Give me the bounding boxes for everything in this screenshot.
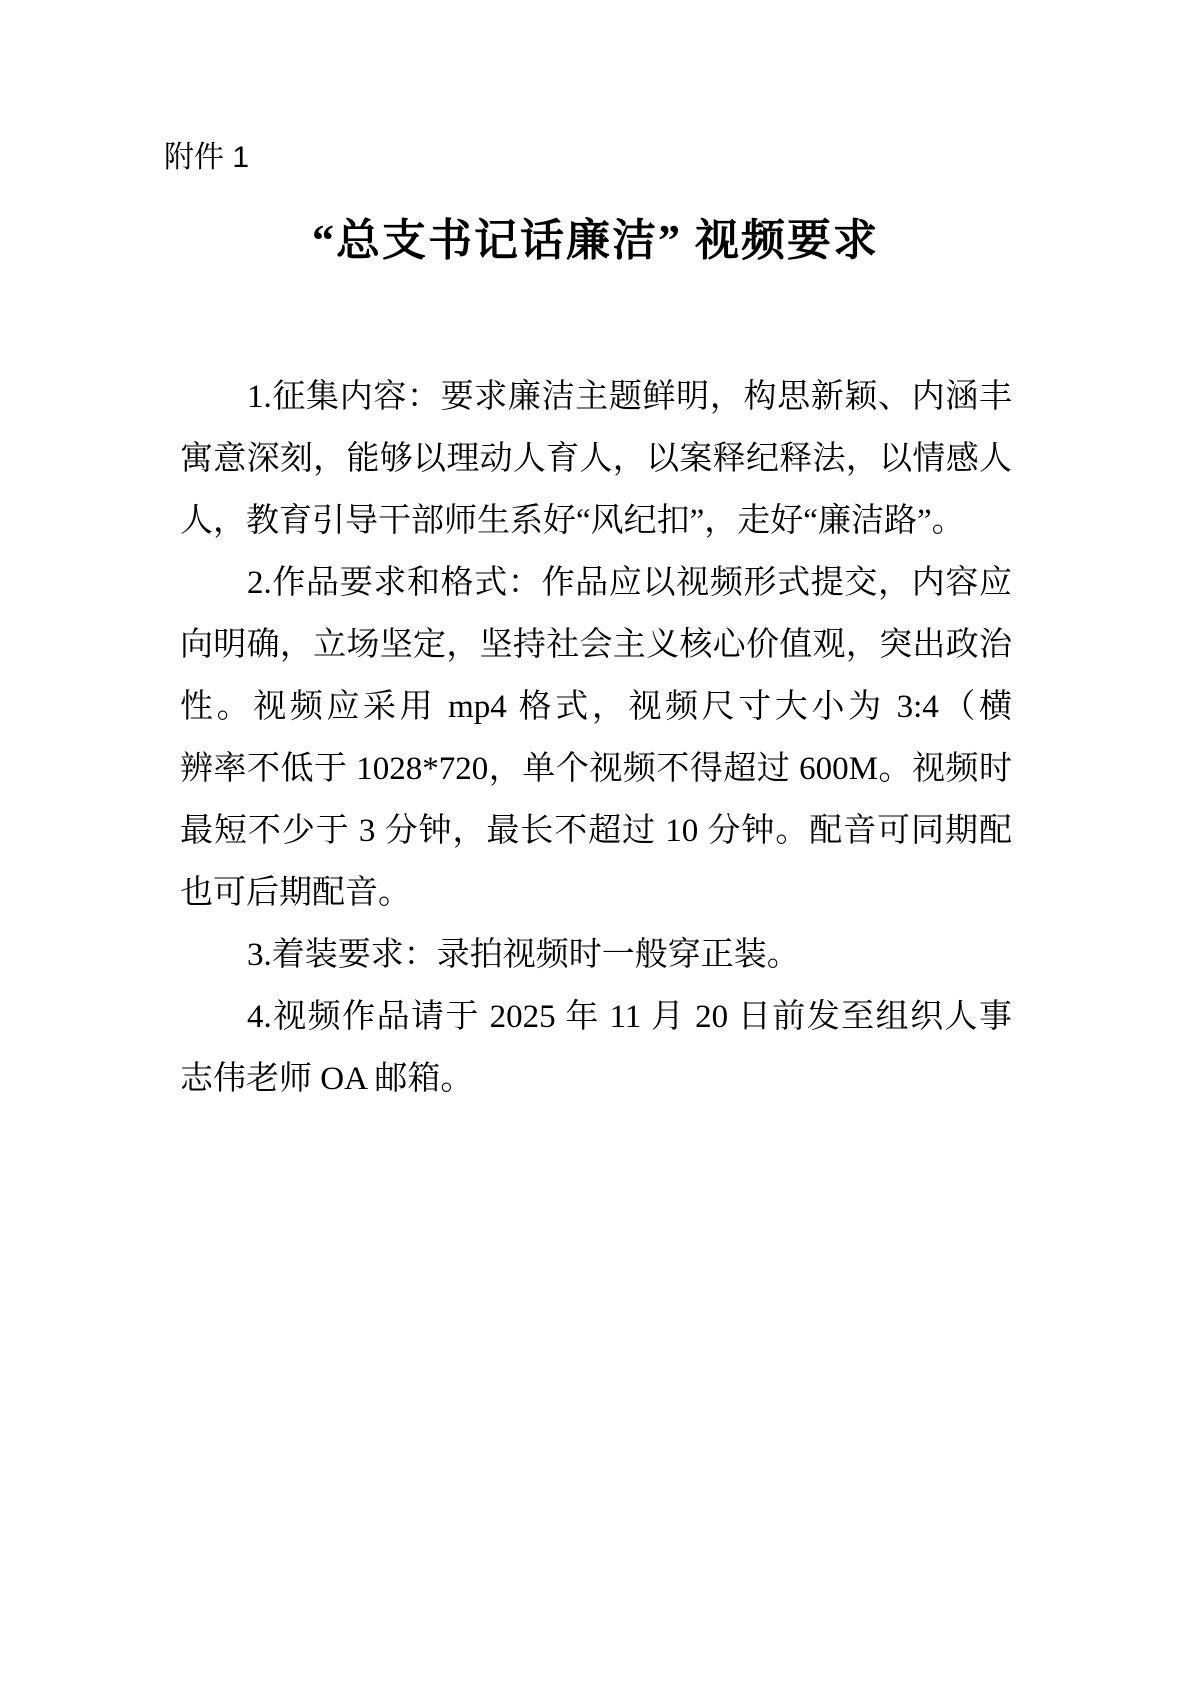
text-line-p2-l4: 辨率不低于 1028*720，单个视频不得超过 600M。视频时长: [180, 738, 1012, 800]
text-line-p2-l1: 2.作品要求和格式：作品应以视频形式提交，内容应导: [180, 552, 1012, 614]
text-line-p4-l2: 志伟老师 OA 邮箱。: [180, 1048, 1012, 1110]
text-line-p2-l5: 最短不少于 3 分钟，最长不超过 10 分钟。配音可同期配音，: [180, 800, 1012, 862]
text-line-p2-l6: 也可后期配音。: [180, 862, 1012, 924]
text-line-p2-l3: 性。视频应采用 mp4 格式，视频尺寸大小为 3:4（横屏），分: [180, 676, 1012, 738]
page-title: “总支书记话廉洁” 视频要求: [0, 210, 1191, 272]
text-line-p2-l2: 向明确，立场坚定，坚持社会主义核心价值观，突出政治属: [180, 614, 1012, 676]
text-line-p1-l2: 寓意深刻，能够以理动人育人，以案释纪释法，以情感人化: [180, 428, 1012, 490]
text-line-p1-l1: 1.征集内容：要求廉洁主题鲜明，构思新颖、内涵丰富、: [180, 366, 1012, 428]
document-body: 1.征集内容：要求廉洁主题鲜明，构思新颖、内涵丰富、 寓意深刻，能够以理动人育人…: [180, 366, 1012, 1110]
text-line-p4-l1: 4.视频作品请于 2025 年 11 月 20 日前发至组织人事部牛: [180, 986, 1012, 1048]
attachment-label: 附件 1: [164, 138, 249, 178]
text-line-p1-l3: 人，教育引导干部师生系好“风纪扣”，走好“廉洁路”。: [180, 490, 1012, 552]
document-page: 附件 1 “总支书记话廉洁” 视频要求 1.征集内容：要求廉洁主题鲜明，构思新颖…: [0, 0, 1191, 1684]
text-line-p3-l1: 3.着装要求：录拍视频时一般穿正装。: [180, 924, 1012, 986]
